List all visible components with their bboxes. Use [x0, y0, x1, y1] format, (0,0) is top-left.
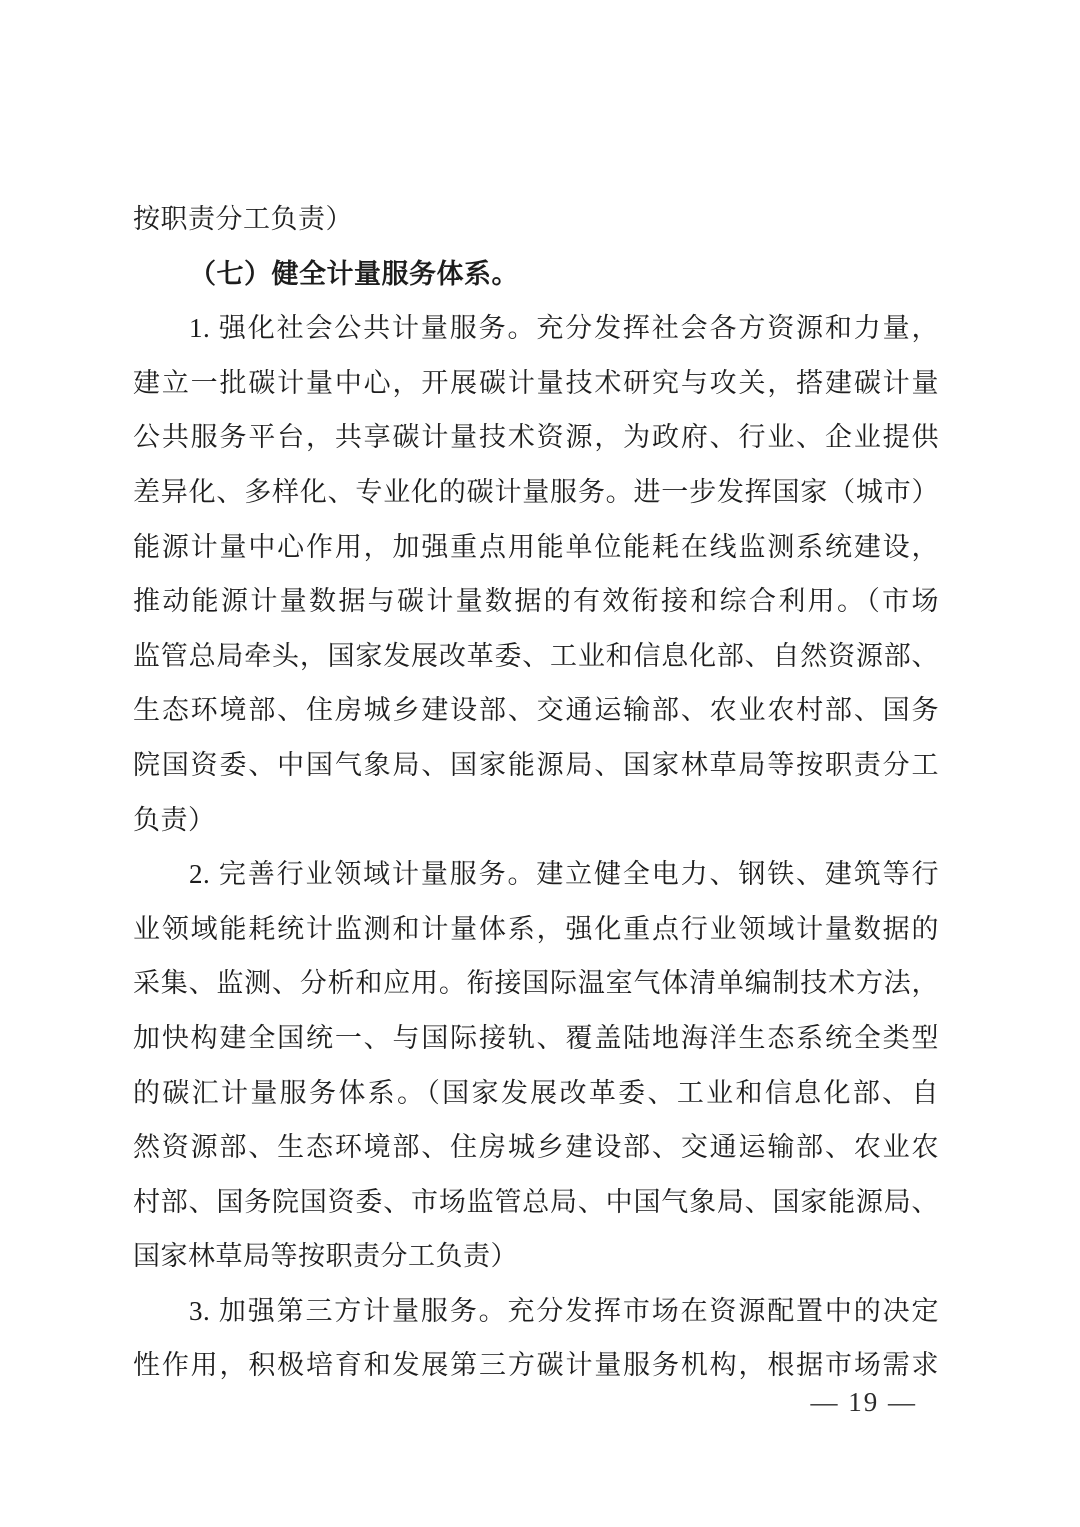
text-line: 2. 完善行业领域计量服务。建立健全电力、钢铁、建筑等行 [133, 847, 939, 902]
text-line: 院国资委、中国气象局、国家能源局、国家林草局等按职责分工 [133, 738, 939, 793]
text-line: 3. 加强第三方计量服务。充分发挥市场在资源配置中的决定 [133, 1284, 939, 1339]
text-line: 建立一批碳计量中心，开展碳计量技术研究与攻关，搭建碳计量 [133, 356, 939, 411]
text-line: 的碳汇计量服务体系。（国家发展改革委、工业和信息化部、自 [133, 1066, 939, 1121]
text-line: 然资源部、生态环境部、住房城乡建设部、交通运输部、农业农 [133, 1120, 939, 1175]
text-line: 公共服务平台，共享碳计量技术资源，为政府、行业、企业提供 [133, 410, 939, 465]
text-line: 能源计量中心作用，加强重点用能单位能耗在线监测系统建设， [133, 520, 939, 575]
text-line: 差异化、多样化、专业化的碳计量服务。进一步发挥国家（城市） [133, 465, 939, 520]
text-line: 按职责分工负责） [133, 192, 939, 247]
text-line: 生态环境部、住房城乡建设部、交通运输部、农业农村部、国务 [133, 683, 939, 738]
text-line: 采集、监测、分析和应用。衔接国际温室气体清单编制技术方法， [133, 956, 939, 1011]
text-line: 监管总局牵头，国家发展改革委、工业和信息化部、自然资源部、 [133, 629, 939, 684]
text-line: 村部、国务院国资委、市场监管总局、中国气象局、国家能源局、 [133, 1175, 939, 1230]
text-line: 性作用，积极培育和发展第三方碳计量服务机构，根据市场需求 [133, 1338, 939, 1393]
text-line: 业领域能耗统计监测和计量体系，强化重点行业领域计量数据的 [133, 902, 939, 957]
section-heading: （七）健全计量服务体系。 [133, 247, 939, 302]
document-body: 按职责分工负责） （七）健全计量服务体系。 1. 强化社会公共计量服务。充分发挥… [133, 192, 939, 1393]
text-line: 国家林草局等按职责分工负责） [133, 1229, 939, 1284]
text-line: 1. 强化社会公共计量服务。充分发挥社会各方资源和力量， [133, 301, 939, 356]
text-line: 加快构建全国统一、与国际接轨、覆盖陆地海洋生态系统全类型 [133, 1011, 939, 1066]
document-page: 按职责分工负责） （七）健全计量服务体系。 1. 强化社会公共计量服务。充分发挥… [0, 0, 1080, 1527]
text-line: 推动能源计量数据与碳计量数据的有效衔接和综合利用。（市场 [133, 574, 939, 629]
text-line: 负责） [133, 793, 939, 848]
page-number: — 19 — [811, 1386, 918, 1418]
